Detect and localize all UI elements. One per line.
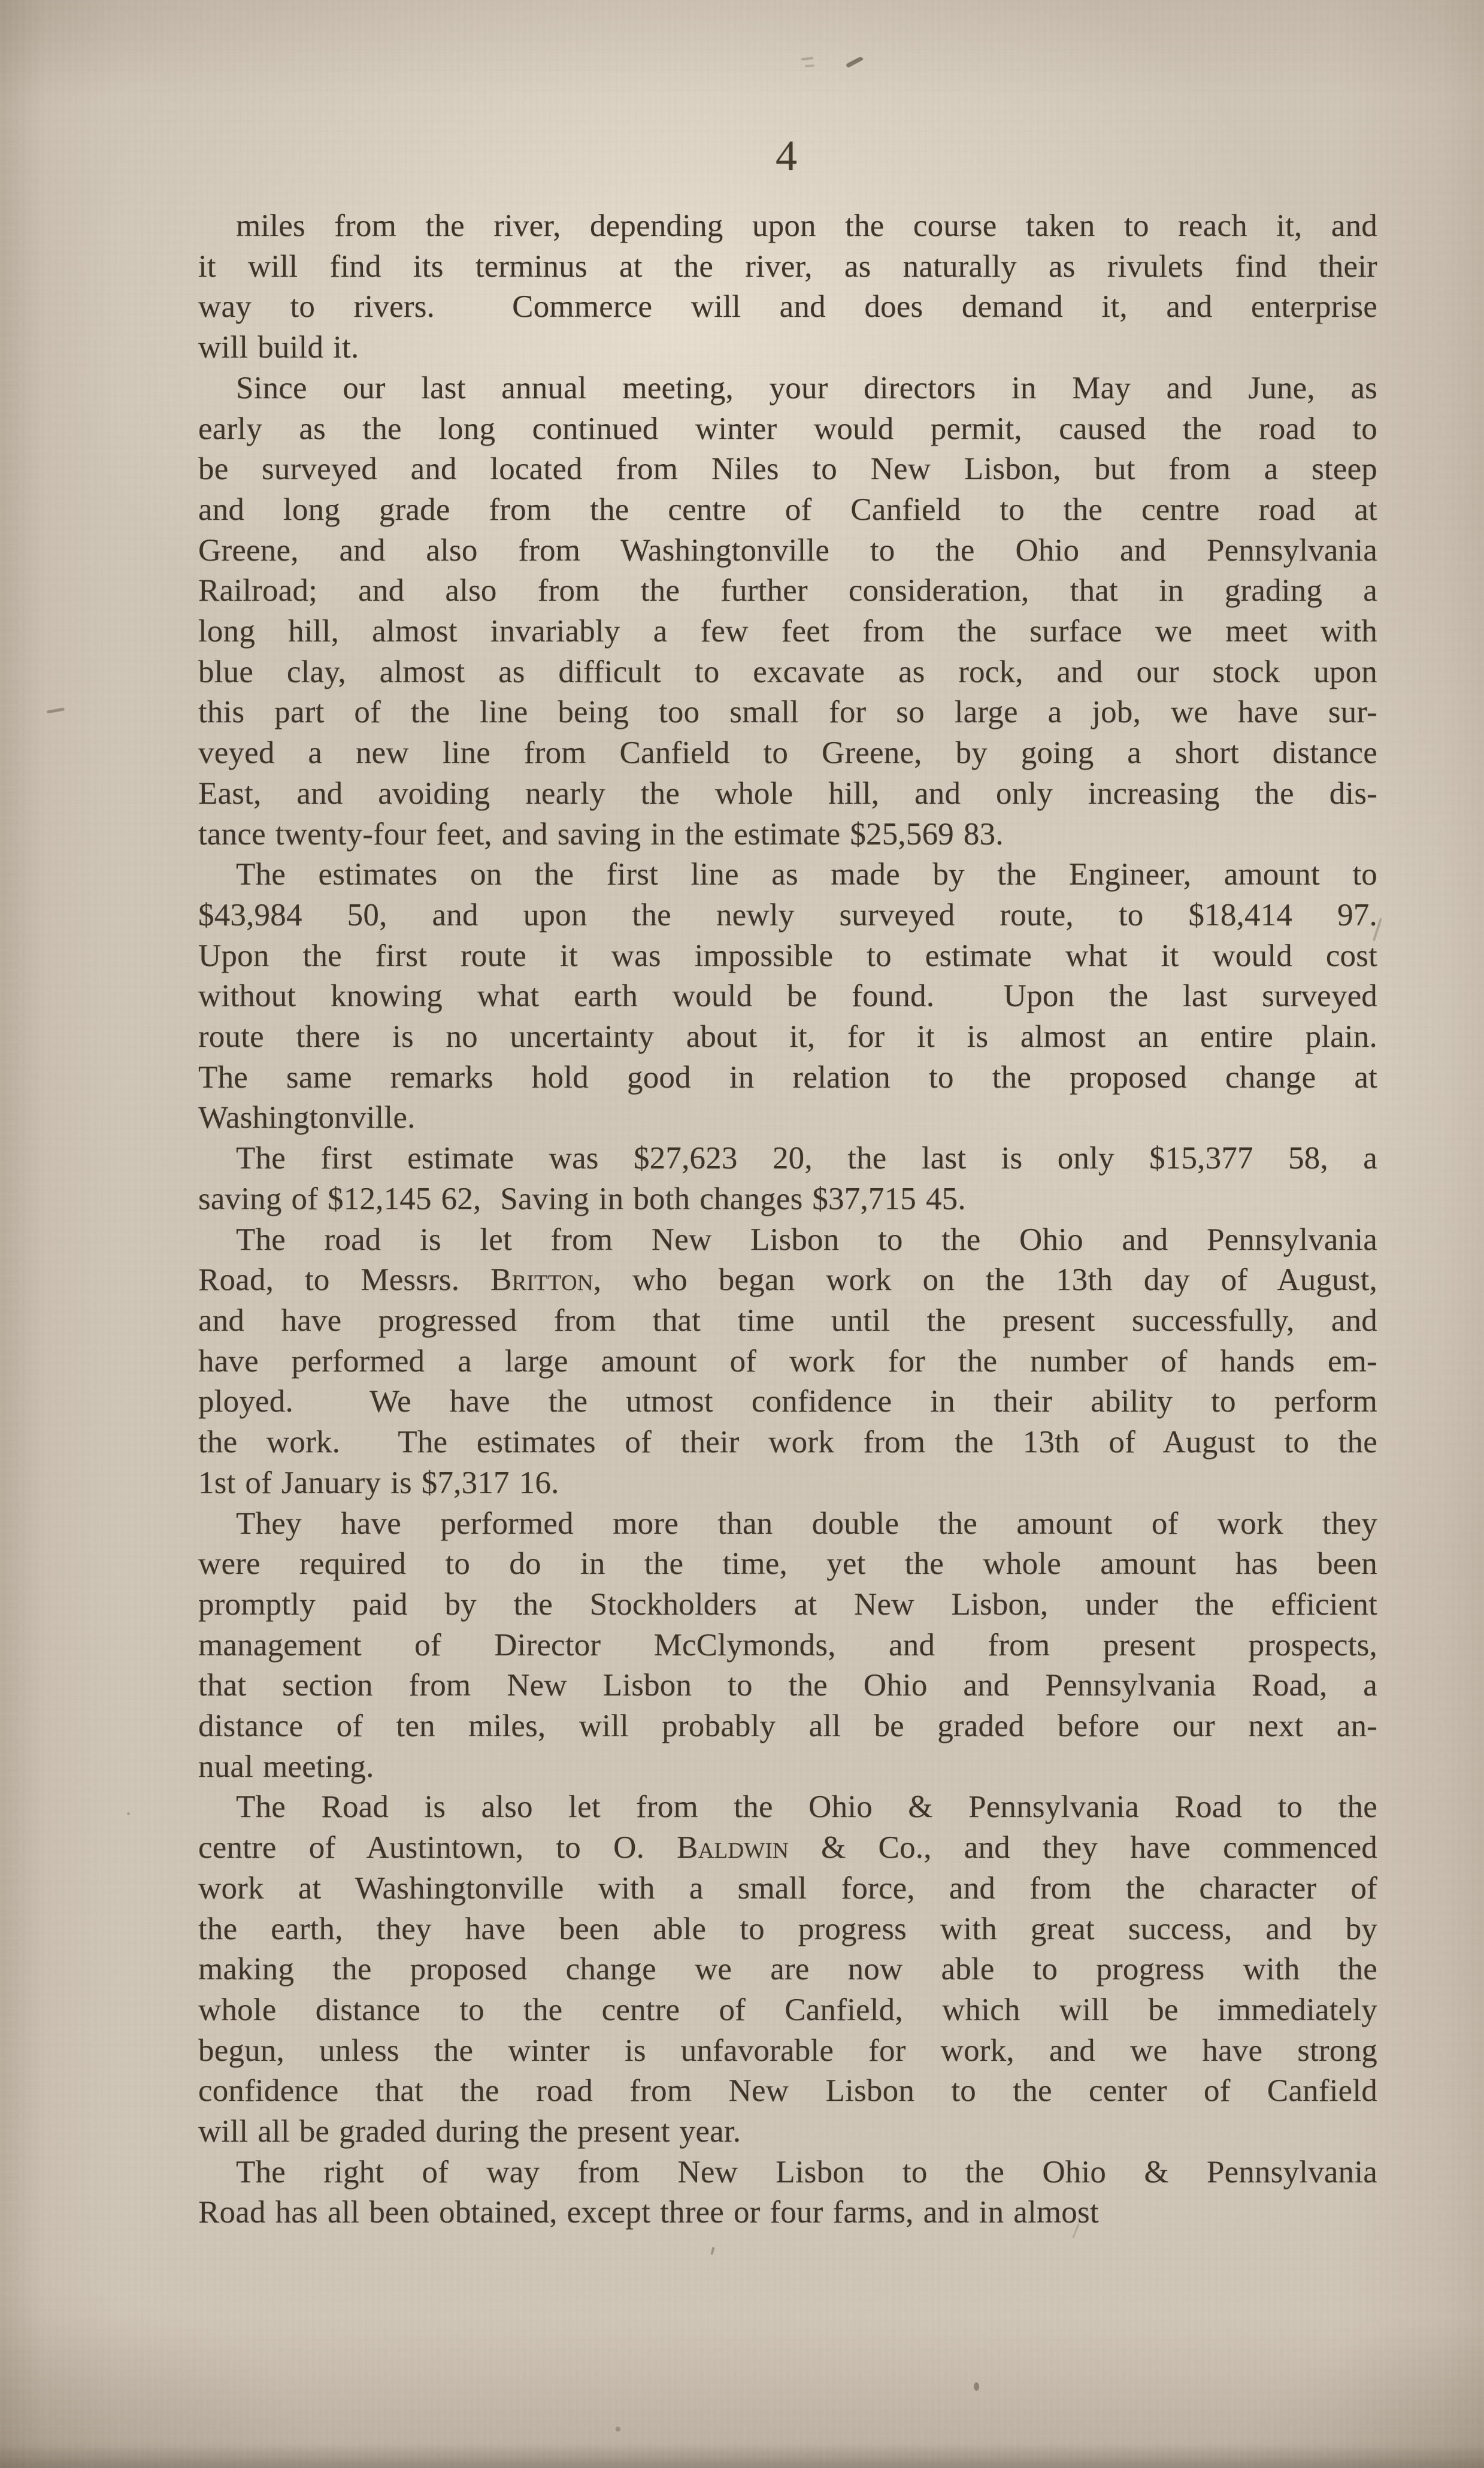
text-line: Greene, and also from Washingtonville to… [198,531,1377,571]
ink-speck [974,2382,979,2391]
paragraph: The road is let from New Lisbon to the O… [198,1220,1377,1504]
text-line: blue clay, almost as difficult to excava… [198,652,1377,693]
text-line: Upon the first route it was impossible t… [198,936,1377,977]
text-line: Since our last annual meeting, your dire… [198,368,1377,409]
paragraph: They have performed more than double the… [198,1504,1377,1788]
text-line: The estimates on the first line as made … [198,855,1377,895]
text-line: and long grade from the centre of Canfie… [198,490,1377,531]
text-line: the earth, they have been able to progre… [198,1909,1377,1950]
text-line: making the proposed change we are now ab… [198,1949,1377,1990]
scanned-page: 4 miles from the river, depending upon t… [0,0,1484,2468]
paragraph: The estimates on the first line as made … [198,855,1377,1138]
text-line: The right of way from New Lisbon to the … [198,2152,1377,2193]
page-number: 4 [198,134,1374,177]
text-line: long hill, almost invariably a few feet … [198,611,1377,652]
text-line: 1st of January is $7,317 16. [198,1463,1377,1504]
text-line: Road, to Messrs. Britton, who began work… [198,1260,1377,1301]
text-line: Road has all been obtained, except three… [198,2193,1377,2233]
ink-speck [616,2427,620,2431]
text-line: without knowing what earth would be foun… [198,976,1377,1017]
text-line: $43,984 50, and upon the newly surveyed … [198,895,1377,936]
text-line: route there is no uncertainty about it, … [198,1017,1377,1058]
text-line: distance of ten miles, will probably all… [198,1706,1377,1747]
text-line: Washingtonville. [198,1098,1377,1138]
ink-speck [710,2247,714,2255]
text-line: The same remarks hold good in relation t… [198,1058,1377,1098]
paragraph: The Road is also let from the Ohio & Pen… [198,1787,1377,2152]
text-line: The Road is also let from the Ohio & Pen… [198,1787,1377,1828]
ink-speck [47,707,65,713]
text-line: early as the long continued winter would… [198,409,1377,450]
text-line: that section from New Lisbon to the Ohio… [198,1665,1377,1706]
text-line: tance twenty-four feet, and saving in th… [198,814,1377,855]
text-line: be surveyed and located from Niles to Ne… [198,449,1377,490]
text-line: Railroad; and also from the further cons… [198,571,1377,611]
text-line: ployed. We have the utmost confidence in… [198,1382,1377,1422]
text-line: veyed a new line from Canfield to Greene… [198,733,1377,774]
text-line: will build it. [198,328,1377,368]
text-line: this part of the line being too small fo… [198,692,1377,733]
ink-speck [846,56,864,68]
text-line: will all be graded during the present ye… [198,2112,1377,2152]
text-line: miles from the river, depending upon the… [198,206,1377,247]
document-body: miles from the river, depending upon the… [198,206,1377,2233]
text-line: They have performed more than double the… [198,1504,1377,1545]
paragraph: The right of way from New Lisbon to the … [198,2152,1377,2233]
smallcaps-name: Baldwin [677,1830,789,1865]
ink-speck [805,64,814,67]
text-line: management of Director McClymonds, and f… [198,1625,1377,1666]
text-line: saving of $12,145 62, Saving in both cha… [198,1179,1377,1220]
ink-speck [127,1812,130,1815]
text-line: confidence that the road from New Lisbon… [198,2071,1377,2112]
text-line: it will find its terminus at the river, … [198,247,1377,287]
smallcaps-name: Britton [490,1262,593,1297]
text-line: The first estimate was $27,623 20, the l… [198,1138,1377,1179]
text-line: were required to do in the time, yet the… [198,1544,1377,1585]
ink-speck [801,57,813,60]
text-line: East, and avoiding nearly the whole hill… [198,774,1377,814]
paragraph: The first estimate was $27,623 20, the l… [198,1138,1377,1219]
text-line: work at Washingtonville with a small for… [198,1869,1377,1909]
text-line: and have progressed from that time until… [198,1301,1377,1341]
text-line: nual meeting. [198,1747,1377,1788]
text-line: the work. The estimates of their work fr… [198,1422,1377,1463]
paragraph: Since our last annual meeting, your dire… [198,368,1377,855]
text-line: begun, unless the winter is unfavorable … [198,2031,1377,2072]
text-line: way to rivers. Commerce will and does de… [198,287,1377,328]
text-line: whole distance to the centre of Canfield… [198,1990,1377,2031]
text-line: The road is let from New Lisbon to the O… [198,1220,1377,1261]
paragraph: miles from the river, depending upon the… [198,206,1377,368]
text-line: have performed a large amount of work fo… [198,1341,1377,1382]
text-line: centre of Austintown, to O. Baldwin & Co… [198,1828,1377,1869]
text-line: promptly paid by the Stockholders at New… [198,1585,1377,1625]
